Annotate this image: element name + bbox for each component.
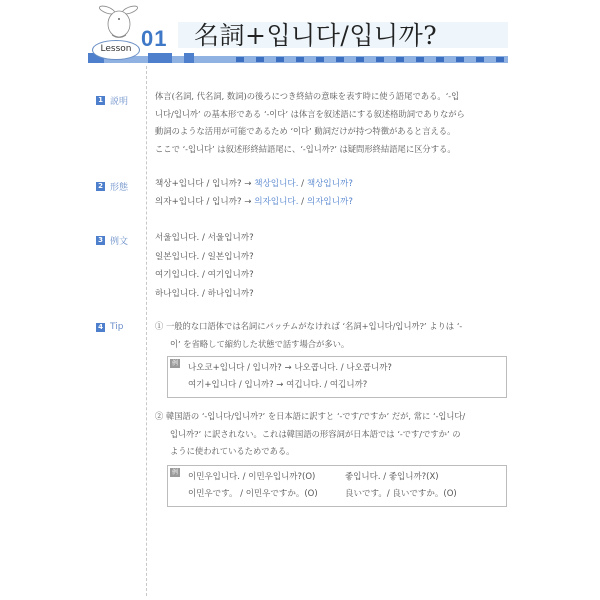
example-line: 여기+입니다 / 입니까? → 여깁니다. / 여깁니까?: [188, 377, 392, 394]
example-line: 하나입니다. / 하나입니까?: [155, 285, 254, 304]
section-explanation: 1 説明: [96, 94, 128, 107]
text-line: 이’ を省略して縮約した状態で話す場合が多い。: [155, 336, 462, 354]
section-examples: 3 例文: [96, 234, 128, 247]
tip-2-text: ② 韓国語の ‘-입니다/입니까?’ を日本語に訳すと ‘-です/ですか’ だが…: [155, 408, 465, 461]
section-form: 2 形態: [96, 180, 128, 193]
text-line: 입니까?’ に訳されない。これは韓国語の形容詞が日本語では ‘-です/ですか’ …: [155, 426, 465, 444]
form-lines: 책상+입니다 / 입니까? → 책상입니다. / 책상입니까? 의자+입니다 /…: [155, 176, 353, 211]
form-line: 책상+입니다 / 입니까? → 책상입니다. / 책상입니까?: [155, 176, 353, 194]
section-number: 4: [96, 323, 105, 332]
example-line: 이민우です。 / 이민우ですか。(O): [188, 486, 318, 503]
section-label: 形態: [110, 180, 128, 193]
example-line: 良いです。/ 良いですか。(O): [345, 486, 457, 503]
section-label: 説明: [110, 94, 128, 107]
example-line: 여기입니다. / 여기입니까?: [155, 266, 254, 285]
header-bar-block: [184, 53, 194, 63]
example-line: 서울입니다. / 서울입니까?: [155, 229, 254, 248]
section-number: 3: [96, 236, 105, 245]
section-number: 2: [96, 182, 105, 191]
text-line: 動詞のような活用が可能であるため ‘이다’ 動詞だけが持つ特徴があると言える。: [155, 123, 465, 141]
text-line: ② 韓国語の ‘-입니다/입니까?’ を日本語に訳すと ‘-です/ですか’ だが…: [155, 408, 465, 426]
section-tip: 4 Tip: [96, 322, 123, 332]
lesson-number: 01: [141, 26, 167, 52]
example-line: 일본입니다. / 일본입니까?: [155, 248, 254, 267]
example-line: 이민우입니다. / 이민우입니까?(O): [188, 469, 318, 486]
section-label: 例文: [110, 234, 128, 247]
header-bar-block: [148, 53, 172, 63]
column-divider: [146, 66, 147, 596]
example-mark-icon: 例: [170, 359, 180, 368]
tip-2-example-box: 例 이민우입니다. / 이민우입니까?(O) 이민우です。 / 이민우ですか。(…: [167, 465, 507, 507]
text-line: 体言(名詞, 代名詞, 数詞)の後ろにつき終結の意味を表す時に使う語尾である。‘…: [155, 88, 465, 106]
section-label: Tip: [110, 322, 123, 332]
rabbit-mascot-icon: [98, 2, 140, 42]
text-line: ここで ‘-입니다’ は叙述形終結語尾に、‘-입니까?’ は疑問形終結語尾に区分…: [155, 141, 465, 159]
example-line: 좋입니다. / 좋입니까?(X): [345, 469, 457, 486]
example-mark-icon: 例: [170, 468, 180, 477]
tip-1-example-box: 例 나오코+입니다 / 입니까? → 나오콥니다. / 나오콥니까? 여기+입니…: [167, 356, 507, 398]
lesson-badge: Lesson: [92, 40, 140, 60]
explanation-text: 体言(名詞, 代名詞, 数詞)の後ろにつき終結の意味を表す時に使う語尾である。‘…: [155, 88, 465, 158]
text-line: 니다/입니까’ の基本形である ‘-이다’ は体言を叙述語にする叙述格助詞であり…: [155, 106, 465, 124]
tip-1-text: ① 一般的な口語体では名詞にパッチムがなければ ‘名詞+입니다/입니까?’ より…: [155, 318, 462, 353]
page-title: 名詞+입니다/입니까?: [194, 16, 437, 52]
header-dotted-bar: [236, 57, 506, 62]
example-line: 나오코+입니다 / 입니까? → 나오콥니다. / 나오콥니까?: [188, 360, 392, 377]
text-line: ように使われているためである。: [155, 443, 465, 461]
section-number: 1: [96, 96, 105, 105]
example-sentences: 서울입니다. / 서울입니까? 일본입니다. / 일본입니까? 여기입니다. /…: [155, 229, 254, 303]
text-line: ① 一般的な口語体では名詞にパッチムがなければ ‘名詞+입니다/입니까?’ より…: [155, 318, 462, 336]
lesson-header: Lesson 01 名詞+입니다/입니까?: [88, 0, 508, 64]
form-line: 의자+입니다 / 입니까? → 의자입니다. / 의자입니까?: [155, 194, 353, 212]
